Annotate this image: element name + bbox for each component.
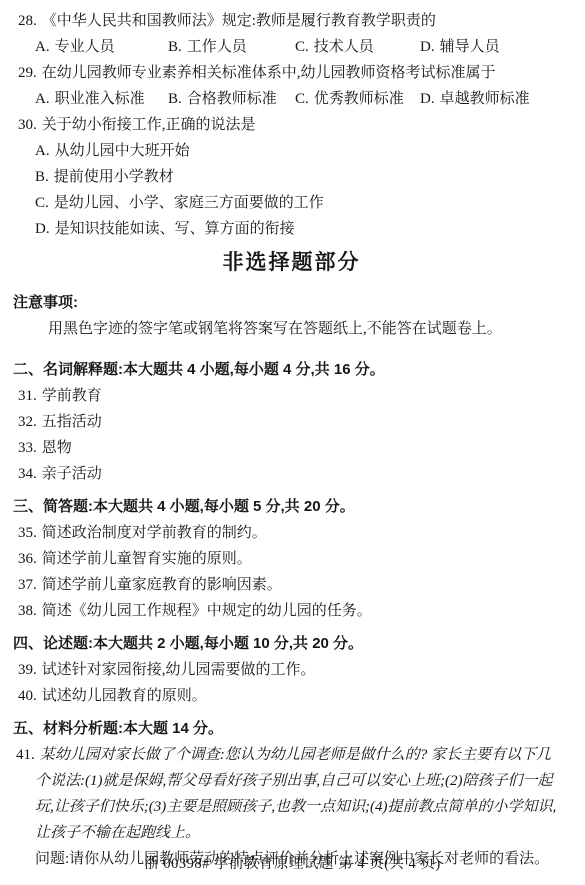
section-heading: 二、名词解释题:本大题共 4 小题,每小题 4 分,共 16 分。: [13, 356, 565, 383]
question-number: 39.: [18, 662, 37, 678]
option-label: B.: [168, 39, 182, 55]
option: C.技术人员: [295, 34, 420, 60]
question-stem-text: 关于幼小衔接工作,正确的说法是: [42, 117, 256, 133]
option-text: 从幼儿园中大班开始: [55, 143, 190, 159]
exam-page: 28.《中华人民共和国教师法》规定:教师是履行教育教学职责的A.专业人员B.工作…: [0, 0, 585, 885]
question-item: 38.简述《幼儿园工作规程》中规定的幼儿园的任务。: [18, 598, 565, 624]
mc-question: 28.《中华人民共和国教师法》规定:教师是履行教育教学职责的A.专业人员B.工作…: [18, 8, 565, 60]
question-text: 简述《幼儿园工作规程》中规定的幼儿园的任务。: [42, 603, 372, 619]
question-text: 简述学前儿童家庭教育的影响因素。: [42, 577, 282, 593]
option: A.专业人员: [35, 34, 168, 60]
option-text: 职业准入标准: [55, 91, 145, 107]
material-body: (1)就是保姆,帮父母看好孩子别出事,自己可以安心上班;(2)陪孩子们一起玩,让…: [35, 773, 556, 841]
question-number: 37.: [18, 577, 37, 593]
option-text: 专业人员: [55, 39, 115, 55]
option-label: A.: [35, 91, 50, 107]
option: D.是知识技能如读、写、算方面的衔接: [35, 216, 565, 242]
option-text: 卓越教师标准: [440, 91, 530, 107]
option-label: B.: [168, 91, 182, 107]
question-text: 简述政治制度对学前教育的制约。: [42, 525, 267, 541]
options-group: A.专业人员B.工作人员C.技术人员D.辅导人员: [35, 34, 565, 60]
question-item: 34.亲子活动: [18, 461, 565, 487]
option-text: 技术人员: [314, 39, 374, 55]
option-label: D.: [35, 221, 50, 237]
question-section: 二、名词解释题:本大题共 4 小题,每小题 4 分,共 16 分。31.学前教育…: [18, 356, 565, 487]
question-number: 38.: [18, 603, 37, 619]
option: A.职业准入标准: [35, 86, 168, 112]
options-group: A.从幼儿园中大班开始B.提前使用小学教材C.是幼儿园、小学、家庭三方面要做的工…: [35, 138, 565, 242]
question-stem-line: 30.关于幼小衔接工作,正确的说法是: [18, 112, 565, 138]
option: A.从幼儿园中大班开始: [35, 138, 565, 164]
question-text: 五指活动: [42, 414, 102, 430]
question-sections: 二、名词解释题:本大题共 4 小题,每小题 4 分,共 16 分。31.学前教育…: [18, 356, 565, 742]
option: B.提前使用小学教材: [35, 164, 565, 190]
question-number: 40.: [18, 688, 37, 704]
question-number: 41.: [16, 747, 35, 763]
question-item: 37.简述学前儿童家庭教育的影响因素。: [18, 572, 565, 598]
option-label: A.: [35, 143, 50, 159]
option-label: B.: [35, 169, 49, 185]
mc-question: 30.关于幼小衔接工作,正确的说法是A.从幼儿园中大班开始B.提前使用小学教材C…: [18, 112, 565, 242]
question-number: 34.: [18, 466, 37, 482]
option-text: 优秀教师标准: [314, 91, 404, 107]
option-label: C.: [295, 91, 309, 107]
question-text: 试述幼儿园教育的原则。: [42, 688, 207, 704]
question-item: 40.试述幼儿园教育的原则。: [18, 683, 565, 709]
option-text: 是知识技能如读、写、算方面的衔接: [55, 221, 295, 237]
option: C.优秀教师标准: [295, 86, 420, 112]
material-paragraph: 41.某幼儿园对家长做了个调查:您认为幼儿园老师是做什么的? 家长主要有以下几个…: [35, 742, 565, 846]
question-item: 32.五指活动: [18, 409, 565, 435]
question-number: 29.: [18, 65, 37, 81]
question-number: 36.: [18, 551, 37, 567]
section-heading: 四、论述题:本大题共 2 小题,每小题 10 分,共 20 分。: [13, 630, 565, 657]
notice-text: 用黑色字迹的签字笔或钢笔将答案写在答题纸上,不能答在试题卷上。: [18, 316, 565, 342]
option: B.工作人员: [168, 34, 295, 60]
option: D.辅导人员: [420, 34, 565, 60]
question-text: 学前教育: [42, 388, 102, 404]
multiple-choice-questions: 28.《中华人民共和国教师法》规定:教师是履行教育教学职责的A.专业人员B.工作…: [18, 8, 565, 242]
option-label: C.: [35, 195, 49, 211]
question-section: 五、材料分析题:本大题 14 分。: [18, 715, 565, 742]
question-stem-text: 在幼儿园教师专业素养相关标准体系中,幼儿园教师资格考试标准属于: [42, 65, 496, 81]
notice: 注意事项: 用黑色字迹的签字笔或钢笔将答案写在答题纸上,不能答在试题卷上。: [18, 290, 565, 342]
question-stem-line: 29.在幼儿园教师专业素养相关标准体系中,幼儿园教师资格考试标准属于: [18, 60, 565, 86]
question-text: 亲子活动: [42, 466, 102, 482]
option-label: C.: [295, 39, 309, 55]
option: B.合格教师标准: [168, 86, 295, 112]
notice-heading: 注意事项:: [13, 290, 565, 316]
question-number: 30.: [18, 117, 37, 133]
question-text: 试述针对家园衔接,幼儿园需要做的工作。: [42, 662, 316, 678]
options-group: A.职业准入标准B.合格教师标准C.优秀教师标准D.卓越教师标准: [35, 86, 565, 112]
page-footer: 浙 00398# 学前教育原理试题 第 4 页(共 4 页): [0, 852, 585, 873]
question-number: 32.: [18, 414, 37, 430]
option-text: 是幼儿园、小学、家庭三方面要做的工作: [54, 195, 324, 211]
option-label: D.: [420, 91, 435, 107]
option-label: D.: [420, 39, 435, 55]
question-section: 四、论述题:本大题共 2 小题,每小题 10 分,共 20 分。39.试述针对家…: [18, 630, 565, 709]
question-stem-line: 28.《中华人民共和国教师法》规定:教师是履行教育教学职责的: [18, 8, 565, 34]
option-label: A.: [35, 39, 50, 55]
question-stem-text: 《中华人民共和国教师法》规定:教师是履行教育教学职责的: [42, 13, 436, 29]
option-text: 合格教师标准: [187, 91, 277, 107]
option-text: 工作人员: [187, 39, 247, 55]
question-item: 35.简述政治制度对学前教育的制约。: [18, 520, 565, 546]
question-text: 简述学前儿童智育实施的原则。: [42, 551, 252, 567]
question-number: 31.: [18, 388, 37, 404]
question-item: 33.恩物: [18, 435, 565, 461]
question-item: 39.试述针对家园衔接,幼儿园需要做的工作。: [18, 657, 565, 683]
question-number: 35.: [18, 525, 37, 541]
mc-question: 29.在幼儿园教师专业素养相关标准体系中,幼儿园教师资格考试标准属于A.职业准入…: [18, 60, 565, 112]
option-text: 提前使用小学教材: [54, 169, 174, 185]
question-number: 33.: [18, 440, 37, 456]
question-text: 恩物: [42, 440, 72, 456]
option: C.是幼儿园、小学、家庭三方面要做的工作: [35, 190, 565, 216]
question-number: 28.: [18, 13, 37, 29]
question-section: 三、简答题:本大题共 4 小题,每小题 5 分,共 20 分。35.简述政治制度…: [18, 493, 565, 624]
question-item: 36.简述学前儿童智育实施的原则。: [18, 546, 565, 572]
option-text: 辅导人员: [440, 39, 500, 55]
section-heading: 三、简答题:本大题共 4 小题,每小题 5 分,共 20 分。: [13, 493, 565, 520]
option: D.卓越教师标准: [420, 86, 565, 112]
section-heading: 五、材料分析题:本大题 14 分。: [13, 715, 565, 742]
question-item: 31.学前教育: [18, 383, 565, 409]
part-title: 非选择题部分: [18, 248, 565, 278]
